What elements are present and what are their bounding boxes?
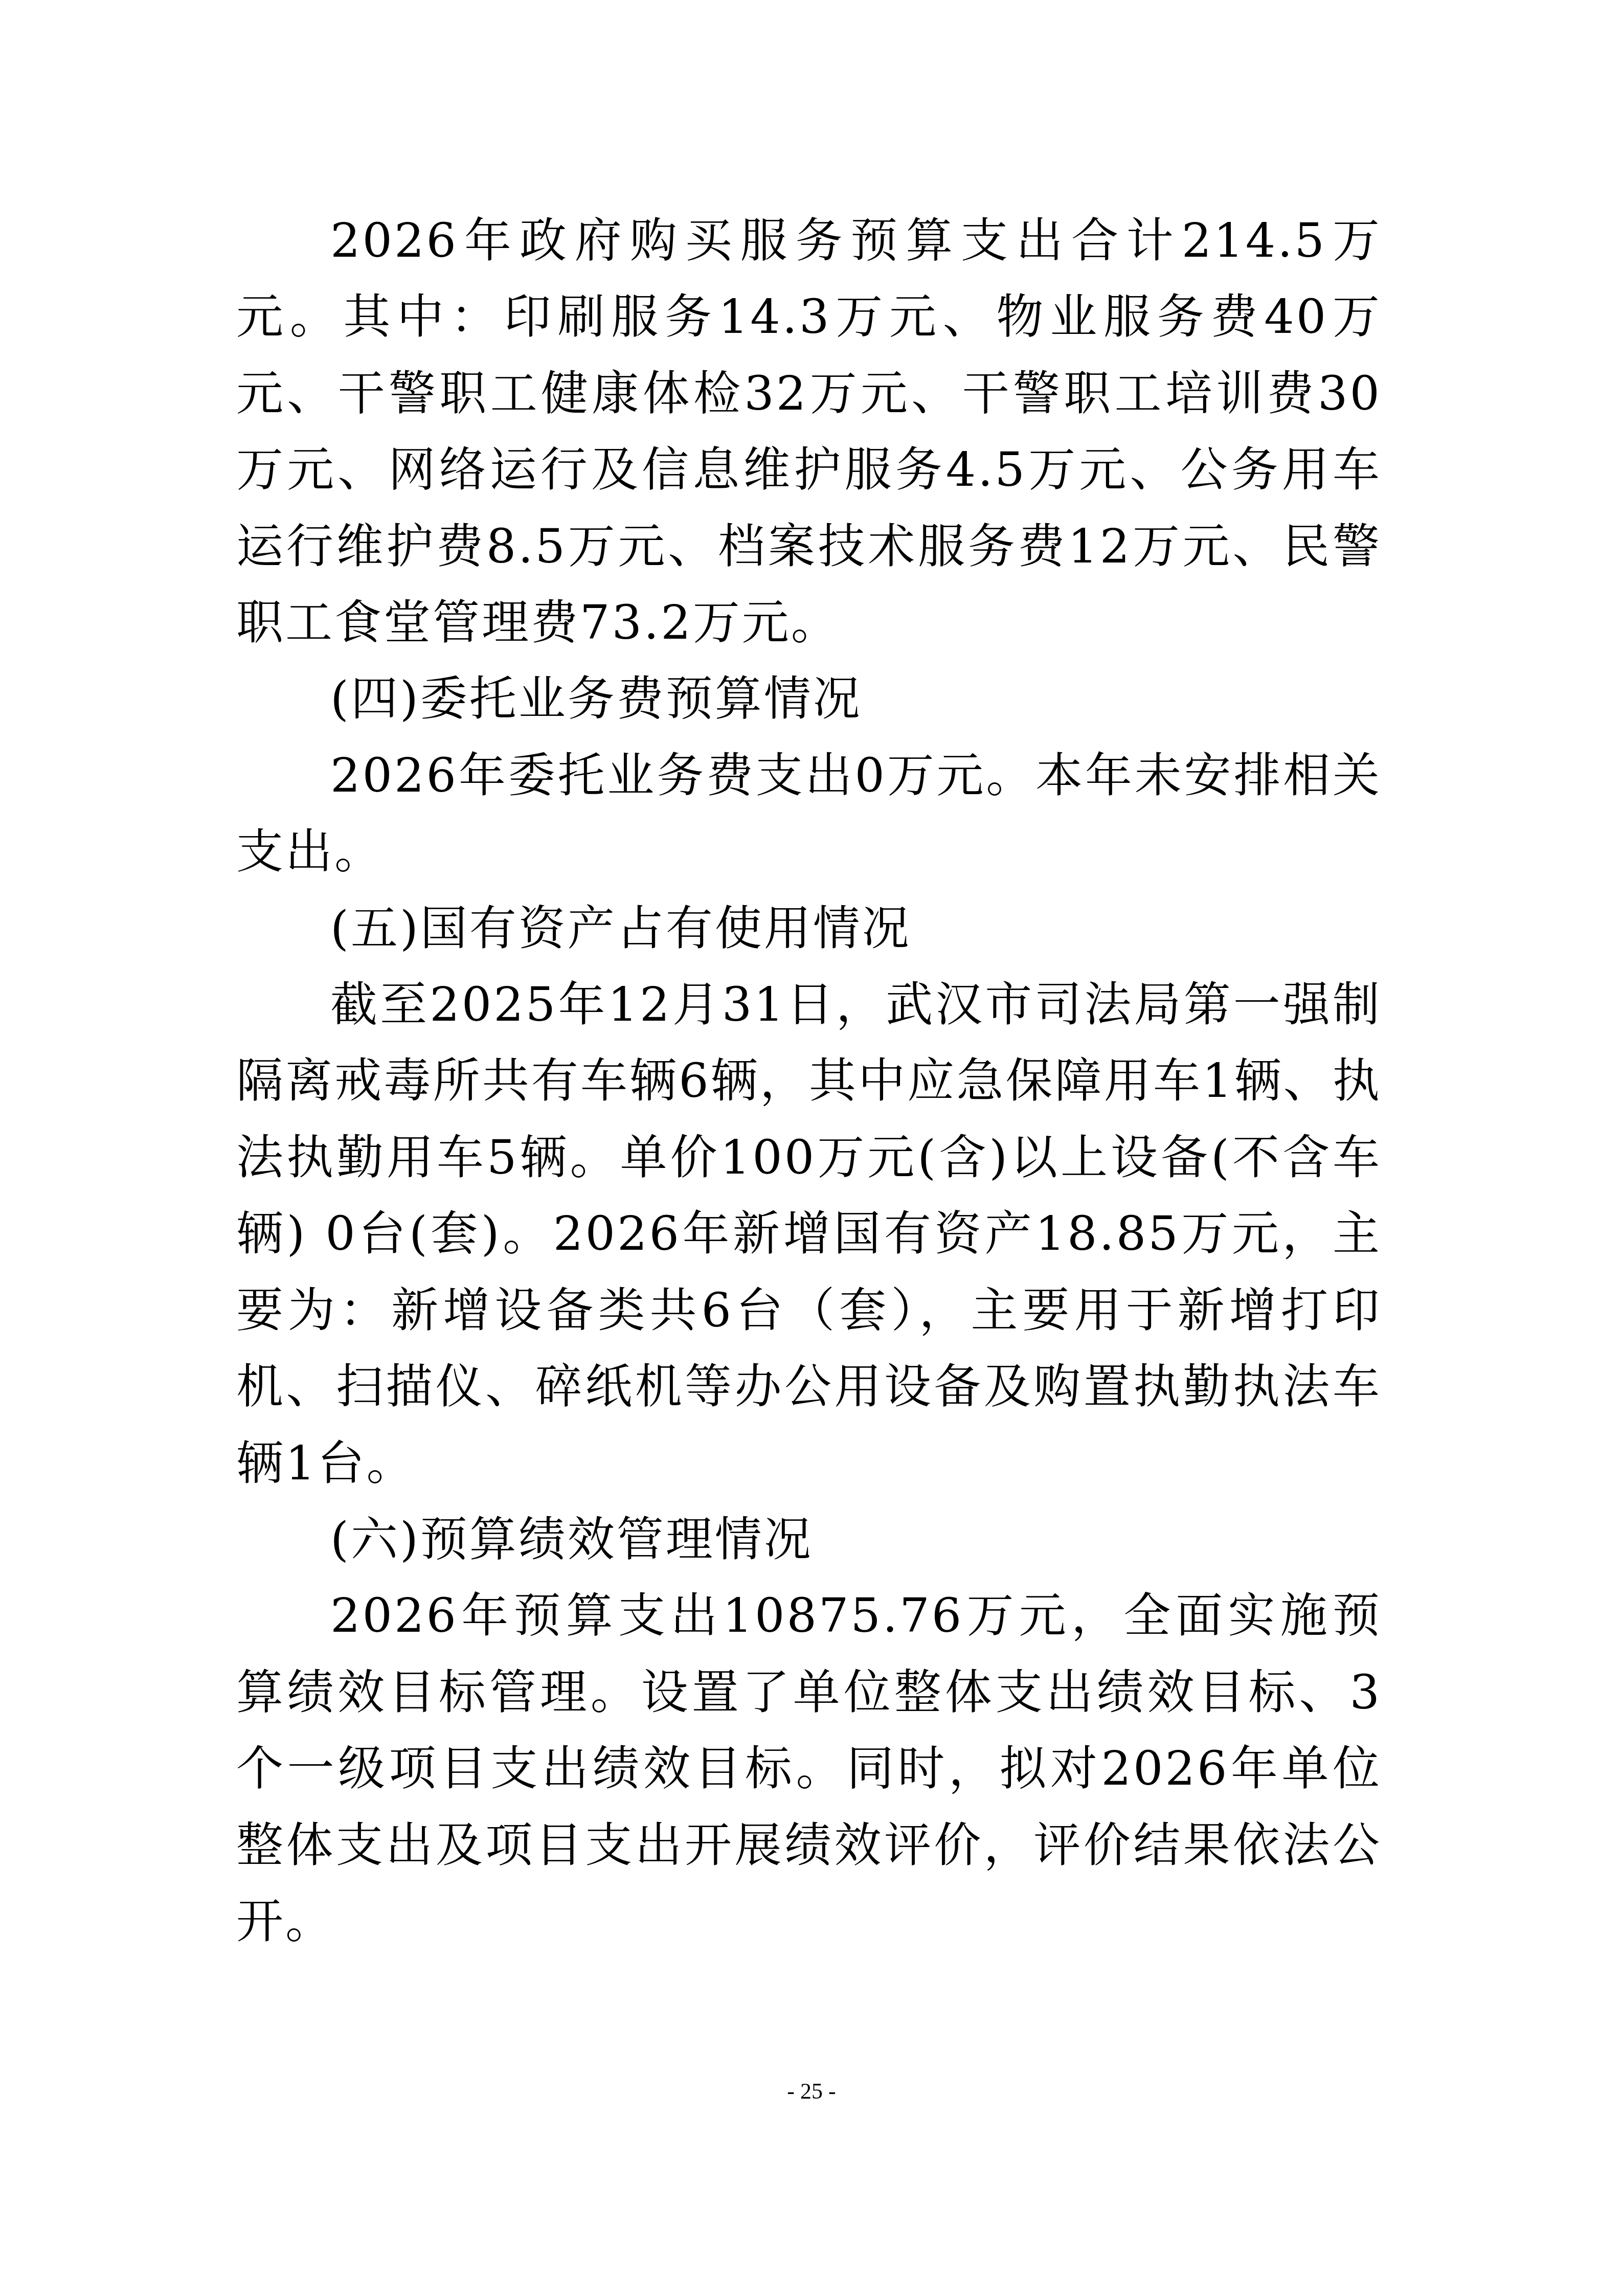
paragraph-state-owned-assets: 截至2025年12月31日，武汉市司法局第一强制隔离戒毒所共有车辆6辆，其中应急…: [236, 966, 1382, 1501]
page-number: - 25 -: [0, 2076, 1623, 2107]
heading-section-4-entrusted-business-fees: (四)委托业务费预算情况: [236, 661, 1382, 737]
heading-section-5-state-owned-assets: (五)国有资产占有使用情况: [236, 890, 1382, 966]
paragraph-entrusted-business-fees: 2026年委托业务费支出0万元。本年未安排相关支出。: [236, 737, 1382, 890]
heading-section-6-budget-performance: (六)预算绩效管理情况: [236, 1501, 1382, 1578]
paragraph-budget-performance: 2026年预算支出10875.76万元，全面实施预算绩效目标管理。设置了单位整体…: [236, 1578, 1382, 1960]
document-body: 2026年政府购买服务预算支出合计214.5万元。其中：印刷服务14.3万元、物…: [236, 202, 1382, 1960]
paragraph-government-procurement-services: 2026年政府购买服务预算支出合计214.5万元。其中：印刷服务14.3万元、物…: [236, 202, 1382, 661]
